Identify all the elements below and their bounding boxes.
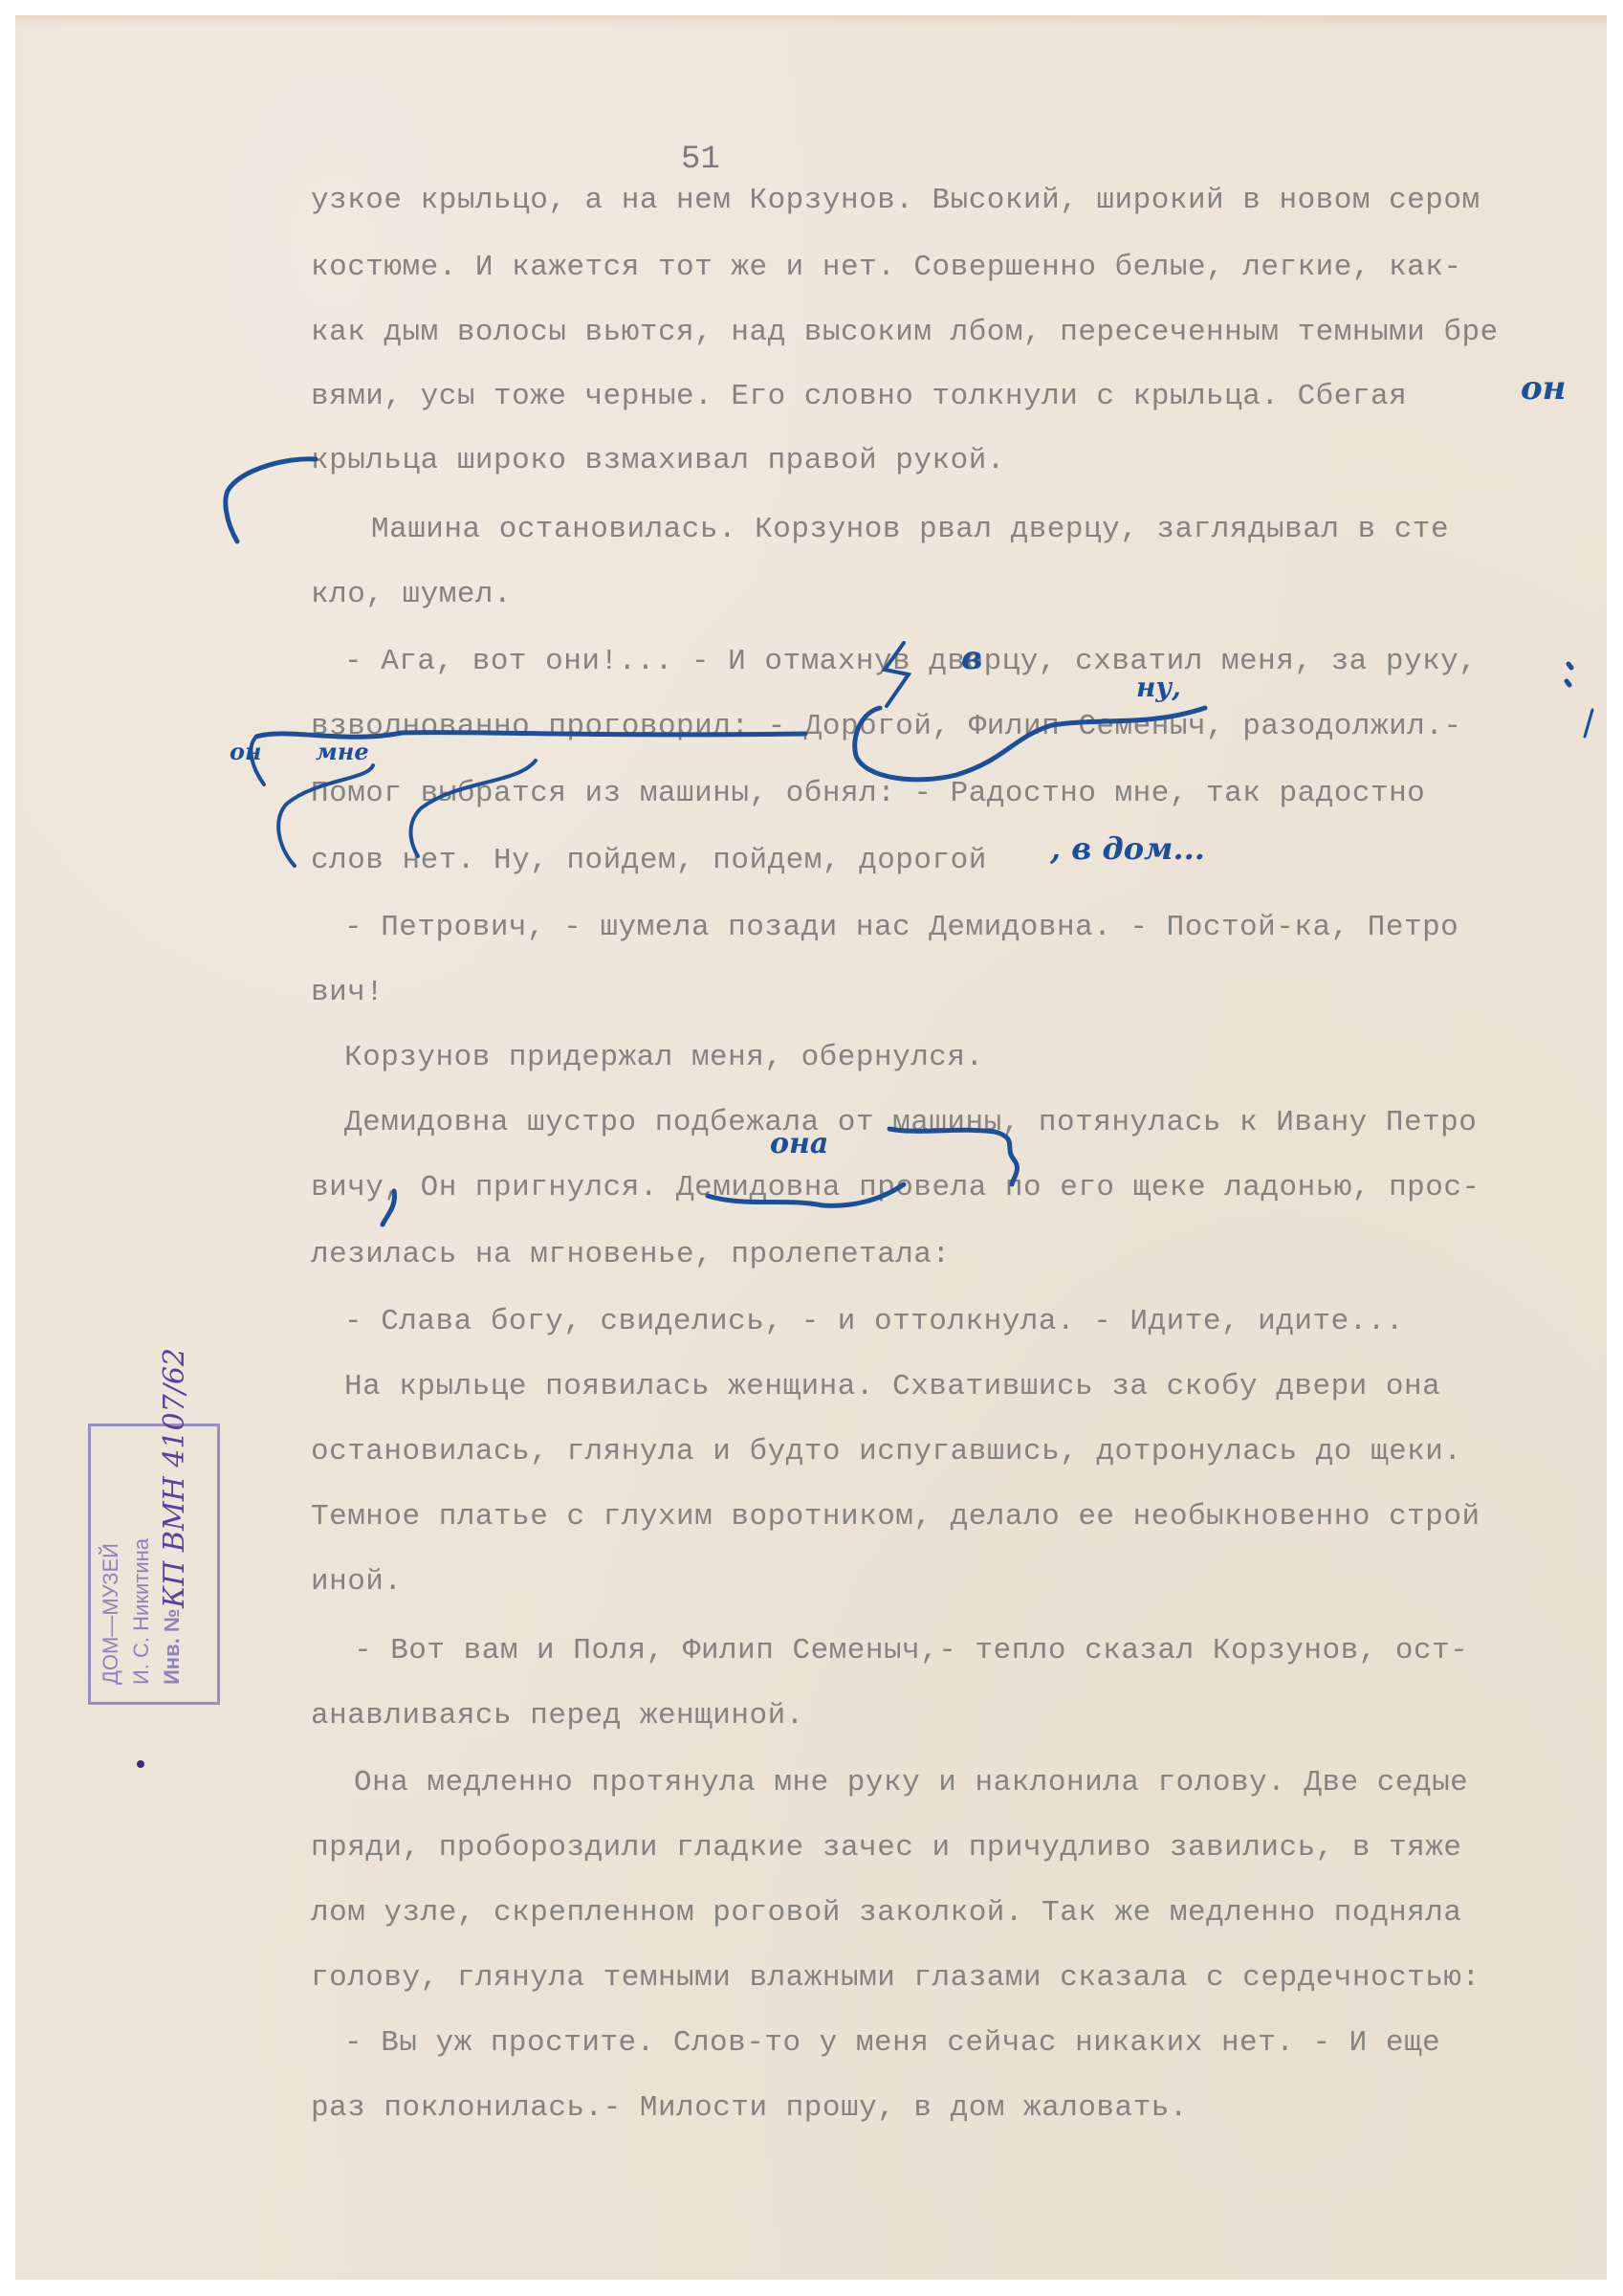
stamp-line-1: ДОМ—МУЗЕЙ [99,1543,123,1685]
text-line: Помог выбратся из машины, обнял: - Радос… [311,779,1425,808]
handwritten-insertion: , в дом... [1050,830,1205,867]
text-line: Машина остановилась. Корзунов рвал дверц… [371,515,1449,544]
text-line: - Вот вам и Поля, Филип Семеныч,- тепло … [354,1636,1468,1666]
text-line: лом узле, скрепленном роговой заколкой. … [311,1898,1462,1928]
stamp-inventory-number: КП ВМН 4107/62 [158,1348,191,1608]
handwritten-insertion: в [961,639,982,677]
text-line: вичу, Он пригнулся. Демидовна провела по… [311,1173,1480,1203]
text-line: слов нет. Ну, пойдем, пойдем, дорогой [311,846,987,875]
text-line: - Ага, вот они!... - И отмахнув дверцу, … [344,647,1477,676]
text-line: - Слава богу, свиделись, - и оттолкнула.… [344,1307,1404,1336]
text-line: Она медленно протянула мне руку и наклон… [354,1768,1468,1798]
text-line: вич! [311,978,384,1007]
text-line: лезилась на мгновенье, пролепетала: [311,1240,951,1269]
text-line: крыльца широко взмахивал правой рукой. [311,446,1005,475]
text-line: узкое крыльцо, а на нем Корзунов. Высоки… [311,186,1480,215]
text-line: Корзунов придержал меня, обернулся. [344,1043,984,1072]
text-line: взволнованно проговорил: - Дорогой, Фили… [311,712,1462,741]
text-line: пряди, пробороздили гладкие зачес и прич… [311,1833,1462,1863]
text-line: вями, усы тоже черные. Его словно толкну… [311,382,1407,411]
handwritten-insertion: мне [316,738,369,765]
handwritten-insertion: она [770,1127,828,1160]
text-line: Темное платье с глухим воротником, делал… [311,1502,1480,1532]
handwritten-insertion: он [1521,369,1566,408]
text-line: остановилась, глянула и будто испугавшис… [311,1437,1462,1467]
ink-dot [137,1760,144,1768]
text-line: голову, глянула темными влажными глазами… [311,1963,1480,1993]
handwritten-insertion: ну, [1136,672,1181,703]
text-line: На крыльце появилась женщина. Схватившис… [344,1372,1440,1402]
stamp-line-2: И. С. Никитина [129,1538,154,1685]
text-line: костюме. И кажется тот же и нет. Соверше… [311,253,1462,282]
text-line: иной. [311,1567,403,1597]
text-line: анавливаясь перед женщиной. [311,1701,804,1731]
text-line: кло, шумел. [311,580,512,609]
text-line: Демидовна шустро подбежала от машины, по… [344,1108,1477,1137]
text-line: - Петрович, - шумела позади нас Демидовн… [344,913,1459,942]
page-number: 51 [681,142,720,178]
text-line: как дым волосы вьются, над высоким лбом,… [311,318,1499,347]
museum-stamp: ДОМ—МУЗЕЙ И. С. Никитина Инв. № КП ВМН 4… [88,1424,220,1705]
stamp-line-3: Инв. № [160,1609,185,1685]
text-line: раз поклонилась.- Милости прошу, в дом ж… [311,2093,1188,2123]
handwritten-insertion: он [230,738,262,765]
text-line: - Вы уж простите. Слов-то у меня сейчас … [344,2028,1440,2058]
